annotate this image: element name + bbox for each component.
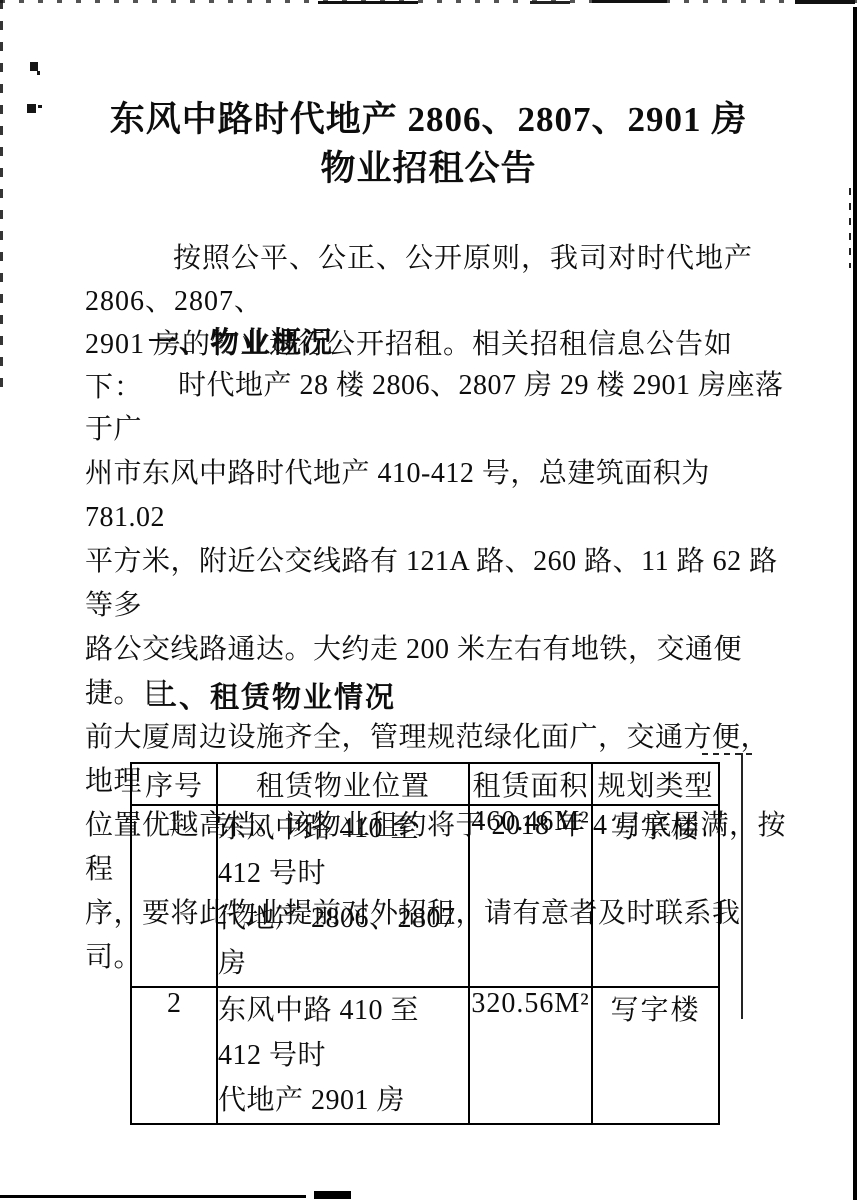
table-header-type: 规划类型 — [592, 763, 719, 805]
table-header-location: 租赁物业位置 — [217, 763, 469, 805]
scan-artifact-speckle — [37, 71, 40, 75]
document-title-line2: 物业招租公告 — [0, 144, 857, 193]
cell-location-line: 东风中路 410 至 412 号时 — [218, 988, 468, 1078]
scan-artifact-top-segment — [530, 1, 570, 4]
scan-artifact-bottom-blob — [314, 1191, 351, 1199]
table-header-row: 序号 租赁物业位置 租赁面积 规划类型 — [131, 763, 719, 805]
cell-no: 1 — [131, 805, 217, 987]
cell-location-line: 东风中路 410 至 412 号时 — [218, 806, 468, 896]
scan-artifact-top-segment — [592, 0, 667, 3]
table-header-area: 租赁面积 — [469, 763, 592, 805]
table-row: 1 东风中路 410 至 412 号时 代地产 2806、2807 房 460.… — [131, 805, 719, 987]
scanned-document-page: 东风中路时代地产 2806、2807、2901 房 物业招租公告 按照公平、公正… — [0, 0, 857, 1200]
table-header-no: 序号 — [131, 763, 217, 805]
scan-artifact-bottom-edge — [0, 1195, 306, 1198]
body-line: 时代地产 28 楼 2806、2807 房 29 楼 2901 房座落于广 — [85, 364, 790, 452]
cell-no: 2 — [131, 987, 217, 1124]
scan-artifact-top-segment — [318, 1, 418, 4]
document-title-line1: 东风中路时代地产 2806、2807、2901 房 — [0, 95, 857, 144]
scan-artifact-right-dashes — [849, 188, 851, 268]
cell-location: 东风中路 410 至 412 号时 代地产 2901 房 — [217, 987, 469, 1124]
cell-area: 460.46M² — [469, 805, 592, 987]
cell-type: 写字楼 — [592, 987, 719, 1124]
body-line: 州市东风中路时代地产 410-412 号，总建筑面积为 781.02 — [85, 452, 790, 540]
cell-type: 写字楼 — [592, 805, 719, 987]
body-line: 平方米，附近公交线路有 121A 路、260 路、11 路 62 路等多 — [85, 540, 790, 628]
section2-heading: 二、租赁物业情况 — [148, 682, 396, 714]
section1-heading: 一、物业概况 — [148, 327, 334, 359]
scan-artifact-left-edge — [0, 0, 3, 395]
cell-area: 320.56M² — [469, 987, 592, 1124]
scan-artifact-speckle — [30, 62, 38, 71]
cell-location-line: 代地产 2806、2807 房 — [218, 896, 468, 986]
table-row: 2 东风中路 410 至 412 号时 代地产 2901 房 320.56M² … — [131, 987, 719, 1124]
scan-artifact-top-segment — [795, 0, 855, 4]
cell-location: 东风中路 410 至 412 号时 代地产 2806、2807 房 — [217, 805, 469, 987]
cell-location-line: 代地产 2901 房 — [218, 1078, 468, 1123]
scan-artifact-top-edge — [0, 0, 857, 3]
lease-table: 序号 租赁物业位置 租赁面积 规划类型 1 东风中路 410 至 412 号时 … — [130, 762, 720, 1125]
intro-line: 按照公平、公正、公开原则，我司对时代地产 2806、2807、 — [85, 237, 785, 323]
document-title: 东风中路时代地产 2806、2807、2901 房 物业招租公告 — [0, 95, 857, 193]
